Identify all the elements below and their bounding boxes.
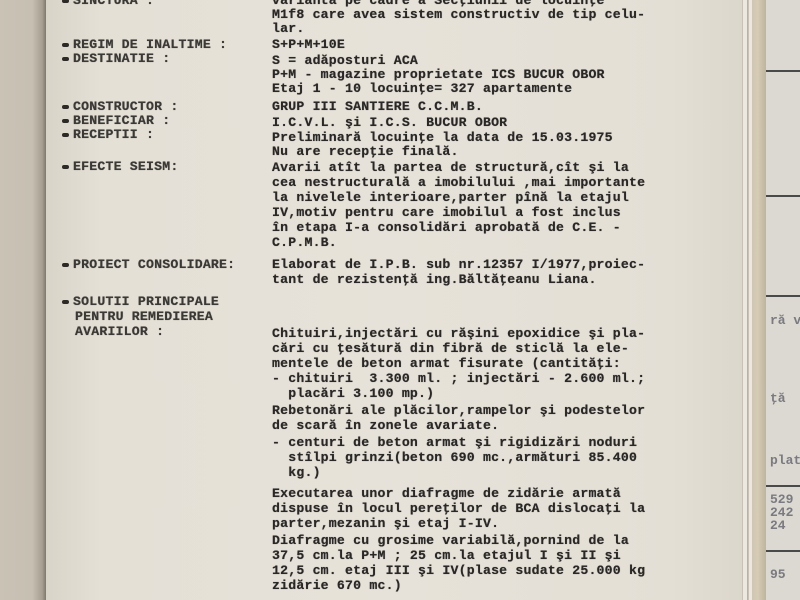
field-label-solutii-cont: AVARIILOR : [75,325,164,339]
field-value-line: la nivelele interioare,parter pînă la et… [272,191,629,205]
field-value-line: S = adăposturi ACA [272,54,418,68]
field-value-line: M1f8 care avea sistem constructiv de tip… [272,8,645,22]
bullet-icon [62,57,69,61]
label-text: SINCTURA : [73,0,154,8]
field-value-line: Executarea unor diafragme de zidărie arm… [272,487,621,501]
field-value-line: kg.) [272,466,321,480]
field-value-line: Preliminară locuinţe la data de 15.03.19… [272,131,613,145]
field-value-line: Avarii atît la partea de structură,cît ş… [272,161,629,175]
field-value-line: tant de rezistenţă ing.Băltăţeanu Liana. [272,273,597,287]
field-label-structura: SINCTURA : [62,0,154,8]
field-value-line: C.P.M.B. [272,236,337,250]
field-value-line: 12,5 cm. etaj III şi IV(plase sudate 25.… [272,564,645,578]
field-value-line: zidărie 670 mc.) [272,579,402,593]
bullet-icon [62,119,69,123]
field-value-line: Elaborat de I.P.B. sub nr.12357 I/1977,p… [272,258,645,272]
field-value-line: de scară în zonele avariate. [272,419,499,433]
field-value-line: mentele de beton armat fisurate (cantită… [272,357,621,371]
field-label-solutii-cont: PENTRU REMEDIEREA [75,310,213,324]
field-value-line: - chituiri 3.300 ml. ; injectări - 2.600… [272,372,645,386]
label-text: RECEPTII : [73,127,154,142]
field-value-line: I.C.V.L. şi I.C.S. BUCUR OBOR [272,116,507,130]
label-text: EFECTE SEISM: [73,159,178,174]
field-label-proiect-consolidare: PROIECT CONSOLIDARE: [62,258,235,272]
label-text: REGIM DE INALTIME : [73,37,227,52]
field-value-line: parter,mezanin şi etaj I-IV. [272,517,499,531]
field-label-destinatie: DESTINATIE : [62,52,170,66]
field-value-line: în etapa I-a consolidări aprobată de C.E… [272,221,621,235]
field-value-line: Rebetonări ale plăcilor,rampelor şi pode… [272,404,645,418]
bullet-icon [62,0,69,3]
field-value-line: S+P+M+10E [272,38,345,52]
label-text: SOLUTII PRINCIPALE [73,294,219,309]
bullet-icon [62,43,69,47]
label-text: CONSTRUCTOR : [73,99,178,114]
field-value-line: IV,motiv pentru care imobilul a fost inc… [272,206,621,220]
bullet-icon [62,263,69,267]
field-value-line: cări cu ţesătură din fibră de sticlă la … [272,342,629,356]
field-value-line: dispuse în locul pereţilor de BCA disloc… [272,502,645,516]
field-label-receptii: RECEPTII : [62,128,154,142]
field-label-beneficiar: BENEFICIAR : [62,114,170,128]
label-text: BENEFICIAR : [73,113,170,128]
field-label-constructor: CONSTRUCTOR : [62,100,178,114]
field-value-line: P+M - magazine proprietate ICS BUCUR OBO… [272,68,605,82]
field-value-line: Etaj 1 - 10 locuinţe= 327 apartamente [272,82,572,96]
bullet-icon [62,133,69,137]
label-text: PROIECT CONSOLIDARE: [73,257,235,272]
bullet-icon [62,300,69,304]
label-text: DESTINATIE : [73,51,170,66]
field-value-line: Diafragme cu grosime variabilă,pornind d… [272,534,629,548]
field-value-line: Nu are recepţie finală. [272,145,459,159]
field-value-line: 37,5 cm.la P+M ; 25 cm.la etajul I şi II… [272,549,621,563]
bullet-icon [62,165,69,169]
field-label-solutii: SOLUTII PRINCIPALE [62,295,219,309]
typewritten-document: SINCTURA : varianta pe cadre a Secţiunii… [0,0,800,600]
bullet-icon [62,105,69,109]
field-value-line: placări 3.100 mp.) [272,387,434,401]
field-value-line: GRUP III SANTIERE C.C.M.B. [272,100,483,114]
field-value-line: Chituiri,injectări cu răşini epoxidice ş… [272,327,645,341]
field-value-line: lar. [272,22,304,36]
field-label-regim-inaltime: REGIM DE INALTIME : [62,38,227,52]
field-value-line: stîlpi grinzi(beton 690 mc.,armături 85.… [272,451,637,465]
field-value-line: cea nestructurală a imobilului ,mai impo… [272,176,645,190]
field-label-efecte-seism: EFECTE SEISM: [62,160,178,174]
field-value-line: - centuri de beton armat şi rigidizări n… [272,436,637,450]
